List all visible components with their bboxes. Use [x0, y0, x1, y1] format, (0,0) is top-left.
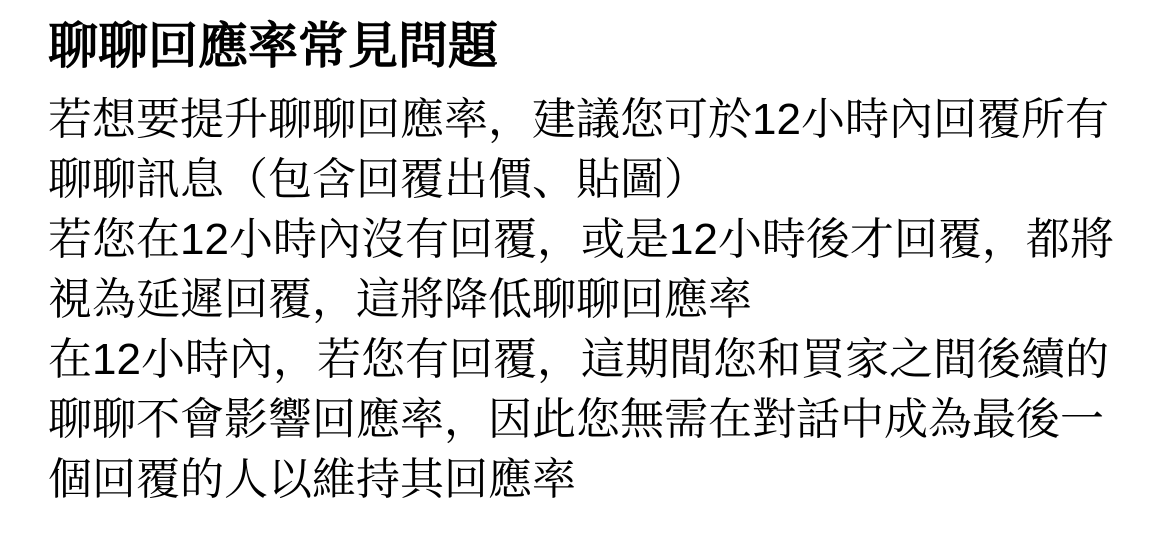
body-line: 視為延遲回覆，這將降低聊聊回應率: [48, 270, 1125, 330]
body-line: 聊聊不會影響回應率，因此您無需在對話中成為最後一: [48, 390, 1125, 450]
body-line: 若想要提升聊聊回應率，建議您可於12小時內回覆所有: [48, 90, 1125, 150]
body-line: 在12小時內，若您有回覆，這期間您和買家之間後續的: [48, 330, 1125, 390]
page-title: 聊聊回應率常見問題: [48, 10, 1125, 82]
faq-article: 聊聊回應率常見問題 若想要提升聊聊回應率，建議您可於12小時內回覆所有 聊聊訊息…: [0, 0, 1170, 510]
body-line: 若您在12小時內沒有回覆，或是12小時後才回覆，都將: [48, 210, 1125, 270]
body-line: 聊聊訊息（包含回覆出價、貼圖）: [48, 150, 1125, 210]
body-line: 個回覆的人以維持其回應率: [48, 450, 1125, 510]
